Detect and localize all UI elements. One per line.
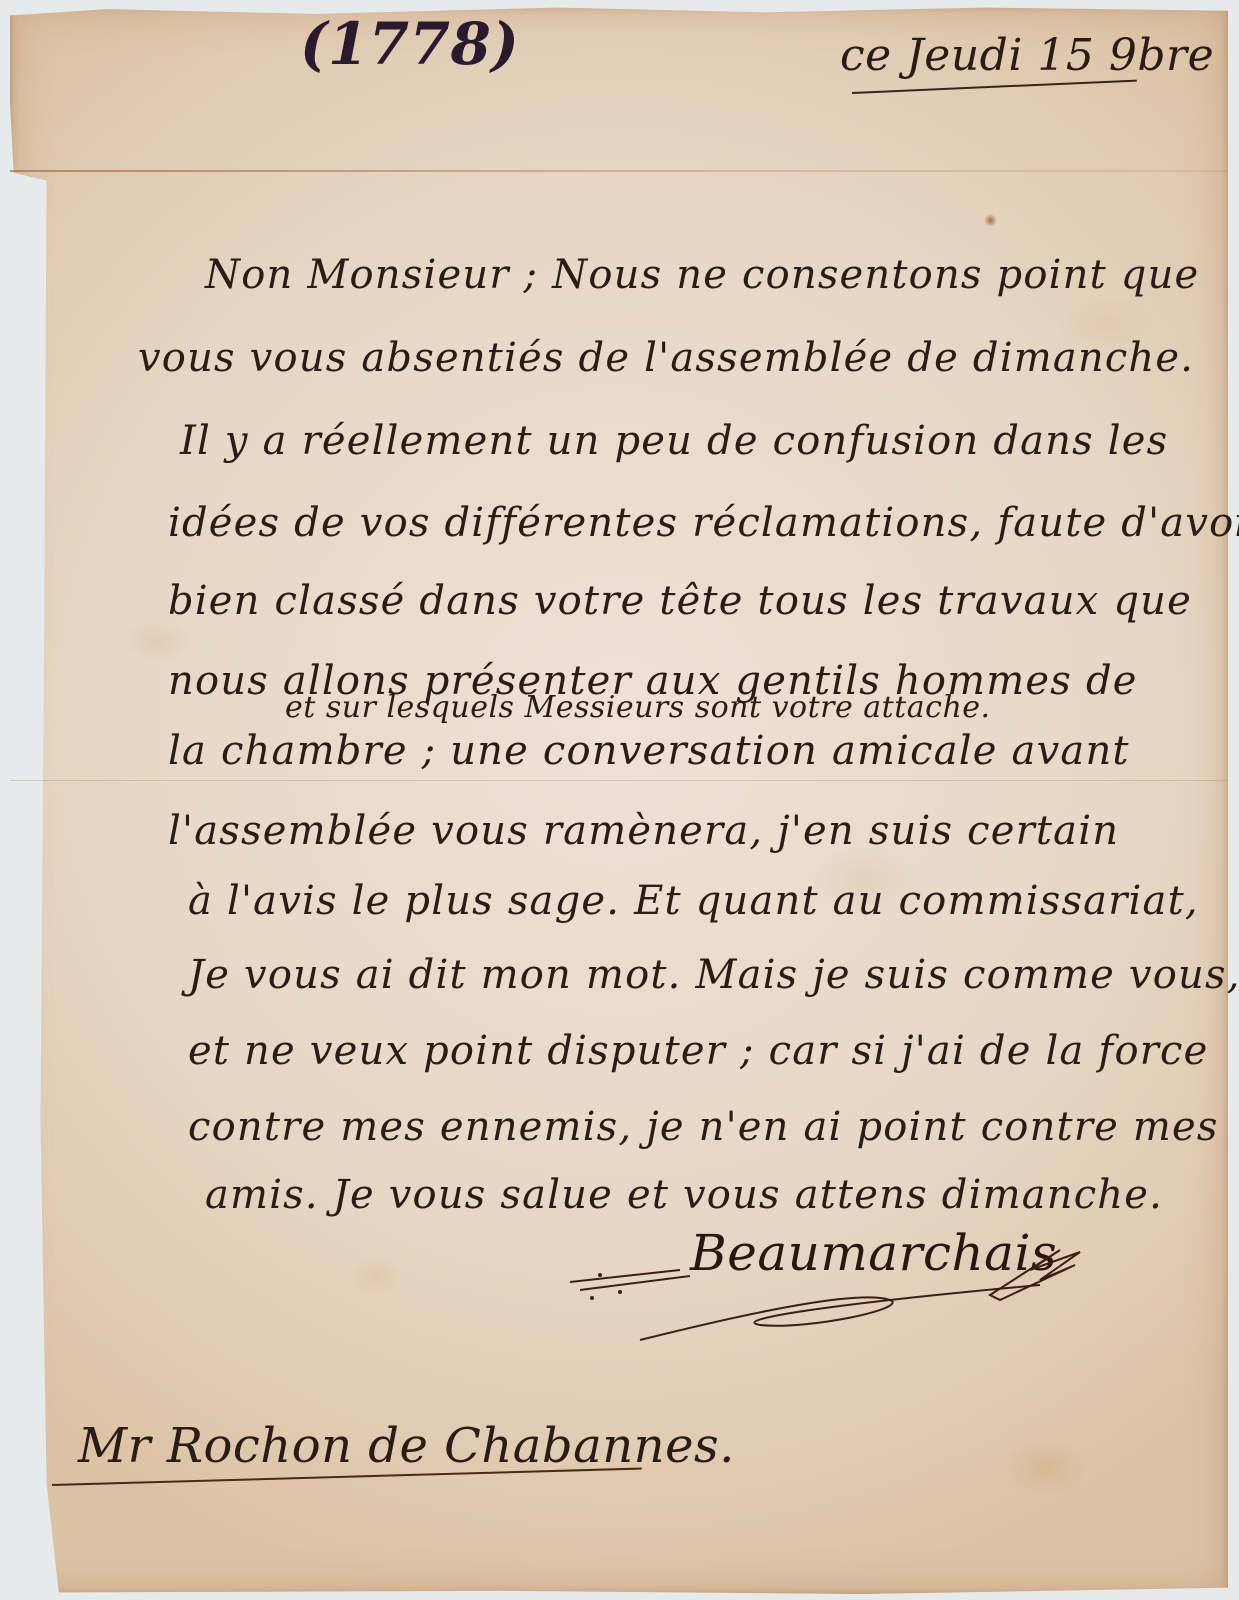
year-annotation: (1778) [300,10,519,78]
paper-fold-line-middle [10,780,1228,781]
interlinear-insertion: et sur lesquels Messieurs sont votre att… [285,690,991,725]
letter-line-5: bien classé dans votre tête tous les tra… [168,578,1192,624]
paper-fold-line [10,170,1228,172]
letter-line-2: vous vous absentiés de l'assemblée de di… [138,335,1194,381]
signature-flourish-icon [560,1240,1100,1350]
letter-line-4: idées de vos différentes réclamations, f… [168,500,1239,546]
letter-date: ce Jeudi 15 9bre [840,30,1214,81]
letter-line-11: et ne veux point disputer ; car si j'ai … [188,1028,1209,1074]
letter-paper [10,6,1228,1594]
letter-line-3: Il y a réellement un peu de confusion da… [180,418,1168,464]
letter-line-1: Non Monsieur ; Nous ne consentons point … [205,252,1199,298]
letter-line-7: la chambre ; une conversation amicale av… [168,728,1130,774]
addressee: Mr Rochon de Chabannes. [78,1418,735,1474]
letter-line-9: à l'avis le plus sage. Et quant au commi… [188,878,1199,924]
letter-line-12: contre mes ennemis, je n'en ai point con… [188,1104,1219,1150]
letter-line-13: amis. Je vous salue et vous attens diman… [205,1172,1163,1218]
letter-line-10: Je vous ai dit mon mot. Mais je suis com… [188,952,1239,998]
letter-line-8: l'assemblée vous ramènera, j'en suis cer… [168,808,1119,854]
